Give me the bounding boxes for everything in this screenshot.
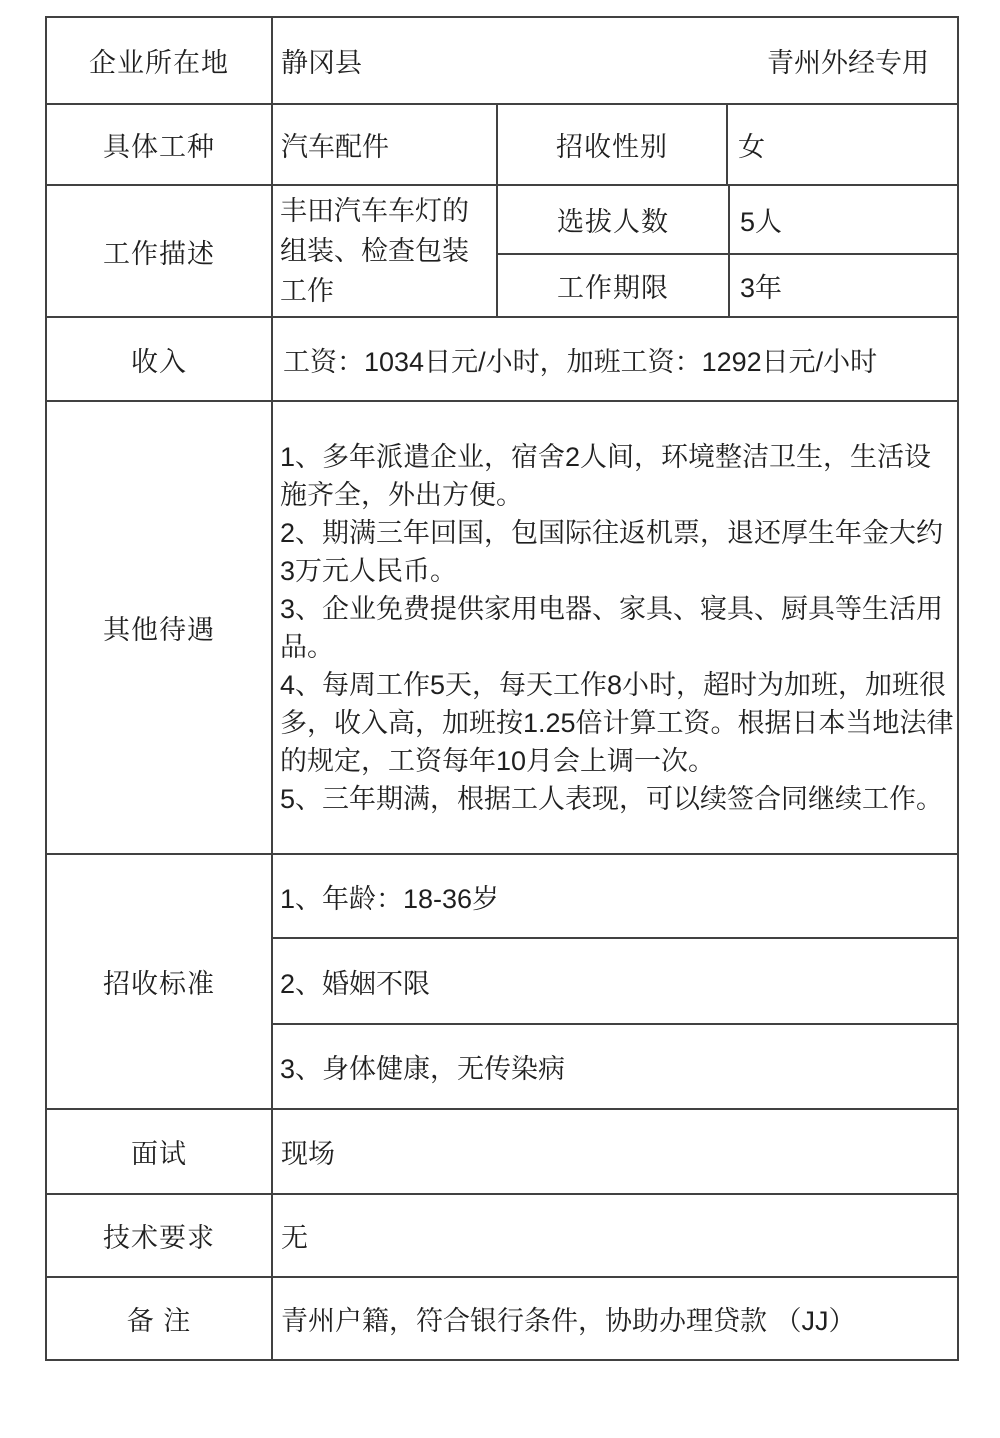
- remarks-value: 青州户籍，符合银行条件，协助办理贷款 （JJ）: [271, 1278, 957, 1359]
- benefit-item: 3、企业免费提供家用电器、家具、寝具、厨具等生活用品。: [280, 590, 955, 666]
- gender-value: 女: [726, 105, 957, 184]
- company-location-cell: 静冈县 青州外经专用: [271, 18, 957, 103]
- work-period-label: 工作期限: [498, 255, 728, 316]
- row-technical-requirements: 技术要求 无: [47, 1193, 957, 1276]
- criteria-text: 3、身体健康，无传染病: [280, 1047, 565, 1086]
- company-location-value: 静冈县: [281, 41, 362, 80]
- recruitment-criteria-label: 招收标准: [47, 855, 271, 1108]
- recruitment-criteria-list: 1、年龄：18-36岁 2、婚姻不限 3、身体健康，无传染病: [271, 855, 957, 1108]
- job-description-value: 丰田汽车车灯的组装、检查包装工作: [271, 186, 496, 316]
- gender-label: 招收性别: [496, 105, 726, 184]
- criteria-item: 2、婚姻不限: [273, 937, 957, 1023]
- row-other-benefits: 其他待遇 1、多年派遣企业，宿舍2人间，环境整洁卫生，生活设施齐全，外出方便。 …: [47, 400, 957, 853]
- technical-requirements-value: 无: [271, 1195, 957, 1276]
- row-job-description: 工作描述 丰田汽车车灯的组装、检查包装工作 选拔人数 5人 工作期限 3年: [47, 184, 957, 316]
- criteria-item: 1、年龄：18-36岁: [273, 855, 957, 937]
- income-label: 收入: [47, 318, 271, 400]
- row-job-type: 具体工种 汽车配件 招收性别 女: [47, 103, 957, 184]
- remarks-label: 备 注: [47, 1278, 271, 1359]
- criteria-item: 3、身体健康，无传染病: [273, 1023, 957, 1108]
- job-posting-sheet: 企业所在地 静冈县 青州外经专用 具体工种 汽车配件 招收性别 女 工作描述 丰…: [0, 0, 1000, 1438]
- selection-count-value: 5人: [728, 186, 957, 253]
- row-company-location: 企业所在地 静冈县 青州外经专用: [47, 18, 957, 103]
- subrow-selection-count: 选拔人数 5人: [498, 186, 957, 253]
- benefit-item: 5、三年期满，根据工人表现，可以续签合同继续工作。: [280, 780, 955, 818]
- benefit-item: 2、期满三年回国，包国际往返机票，退还厚生年金大约3万元人民币。: [280, 514, 955, 590]
- interview-value: 现场: [271, 1110, 957, 1193]
- job-description-label: 工作描述: [47, 186, 271, 316]
- row-remarks: 备 注 青州户籍，符合银行条件，协助办理贷款 （JJ）: [47, 1276, 957, 1359]
- row-recruitment-criteria: 招收标准 1、年龄：18-36岁 2、婚姻不限 3、身体健康，无传染病: [47, 853, 957, 1108]
- job-posting-table: 企业所在地 静冈县 青州外经专用 具体工种 汽车配件 招收性别 女 工作描述 丰…: [45, 16, 959, 1361]
- stamp-text: 青州外经专用: [767, 41, 929, 80]
- selection-period-group: 选拔人数 5人 工作期限 3年: [496, 186, 957, 316]
- job-type-label: 具体工种: [47, 105, 271, 184]
- interview-label: 面试: [47, 1110, 271, 1193]
- job-type-value: 汽车配件: [271, 105, 496, 184]
- technical-requirements-label: 技术要求: [47, 1195, 271, 1276]
- selection-count-label: 选拔人数: [498, 186, 728, 253]
- other-benefits-list: 1、多年派遣企业，宿舍2人间，环境整洁卫生，生活设施齐全，外出方便。 2、期满三…: [271, 402, 957, 853]
- other-benefits-label: 其他待遇: [47, 402, 271, 853]
- benefit-item: 1、多年派遣企业，宿舍2人间，环境整洁卫生，生活设施齐全，外出方便。: [280, 438, 955, 514]
- criteria-text: 2、婚姻不限: [280, 962, 430, 1001]
- row-income: 收入 工资：1034日元/小时，加班工资：1292日元/小时: [47, 316, 957, 400]
- criteria-text: 1、年龄：18-36岁: [280, 877, 499, 916]
- subrow-work-period: 工作期限 3年: [498, 253, 957, 316]
- work-period-value: 3年: [728, 255, 957, 316]
- company-location-label: 企业所在地: [47, 18, 271, 103]
- benefit-item: 4、每周工作5天，每天工作8小时，超时为加班，加班很多，收入高，加班按1.25倍…: [280, 666, 955, 780]
- row-interview: 面试 现场: [47, 1108, 957, 1193]
- income-value: 工资：1034日元/小时，加班工资：1292日元/小时: [271, 318, 957, 400]
